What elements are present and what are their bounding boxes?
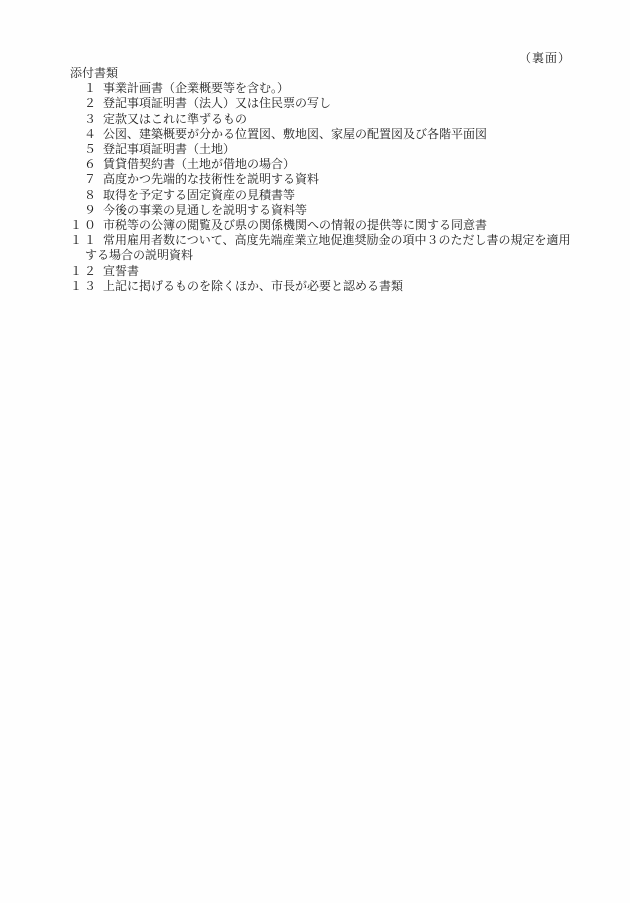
item-text: 定款又はこれに準ずるもの — [103, 112, 247, 127]
item-number: １ — [70, 81, 98, 96]
item-number: ６ — [70, 157, 98, 172]
list-item: １２ 宣誓書 — [0, 264, 630, 279]
item-number: ２ — [70, 96, 98, 111]
item-number: ５ — [70, 142, 98, 157]
item-number: １３ — [70, 279, 98, 294]
item-number: ４ — [70, 127, 98, 142]
list-item: ２ 登記事項証明書（法人）又は住民票の写し — [0, 96, 630, 111]
list-item: ３ 定款又はこれに準ずるもの — [0, 112, 630, 127]
item-number: １０ — [70, 218, 98, 233]
attachment-section: 添付書類 １ 事業計画書（企業概要等を含む。） ２ 登記事項証明書（法人）又は住… — [0, 66, 630, 294]
list-item: １１ 常用雇用者数について、高度先端産業立地促進奨励金の項中３のただし書の規定を… — [0, 233, 630, 263]
item-number: ８ — [70, 188, 98, 203]
list-item: ４ 公図、建築概要が分かる位置図、敷地図、家屋の配置図及び各階平面図 — [0, 127, 630, 142]
document-page: （裏面） 添付書類 １ 事業計画書（企業概要等を含む。） ２ 登記事項証明書（法… — [0, 0, 630, 903]
item-number: ９ — [70, 203, 98, 218]
list-item: ８ 取得を予定する固定資産の見積書等 — [0, 188, 630, 203]
list-item: ９ 今後の事業の見通しを説明する資料等 — [0, 203, 630, 218]
item-text: 今後の事業の見通しを説明する資料等 — [103, 203, 307, 218]
list-item: １０ 市税等の公簿の閲覧及び県の関係機関への情報の提供等に関する同意書 — [0, 218, 630, 233]
attachment-list: １ 事業計画書（企業概要等を含む。） ２ 登記事項証明書（法人）又は住民票の写し… — [0, 81, 630, 294]
item-text: 賃貸借契約書（土地が借地の場合） — [103, 157, 295, 172]
item-text: 市税等の公簿の閲覧及び県の関係機関への情報の提供等に関する同意書 — [103, 218, 487, 233]
backside-label: （裏面） — [519, 51, 571, 66]
item-continuation-line: する場合の説明資料 — [0, 248, 630, 263]
list-item: ７ 高度かつ先端的な技術性を説明する資料 — [0, 172, 630, 187]
list-item: ５ 登記事項証明書（土地） — [0, 142, 630, 157]
item-text: 事業計画書（企業概要等を含む。） — [103, 81, 289, 96]
section-heading: 添付書類 — [0, 66, 630, 81]
item-text: 公図、建築概要が分かる位置図、敷地図、家屋の配置図及び各階平面図 — [103, 127, 487, 142]
item-text: 上記に掲げるものを除くほか、市長が必要と認める書類 — [103, 279, 403, 294]
item-number: ７ — [70, 172, 98, 187]
item-number: ３ — [70, 112, 98, 127]
item-text: 登記事項証明書（土地） — [103, 142, 235, 157]
item-text: 高度かつ先端的な技術性を説明する資料 — [103, 172, 319, 187]
list-item: １ 事業計画書（企業概要等を含む。） — [0, 81, 630, 96]
item-text: 常用雇用者数について、高度先端産業立地促進奨励金の項中３のただし書の規定を適用 — [103, 233, 571, 248]
item-text: 宣誓書 — [103, 264, 139, 279]
list-item: １３ 上記に掲げるものを除くほか、市長が必要と認める書類 — [0, 279, 630, 294]
item-number: １１ — [70, 233, 98, 248]
item-text: 登記事項証明書（法人）又は住民票の写し — [103, 96, 331, 111]
item-text: 取得を予定する固定資産の見積書等 — [103, 188, 295, 203]
list-item: ６ 賃貸借契約書（土地が借地の場合） — [0, 157, 630, 172]
item-number: １２ — [70, 264, 98, 279]
